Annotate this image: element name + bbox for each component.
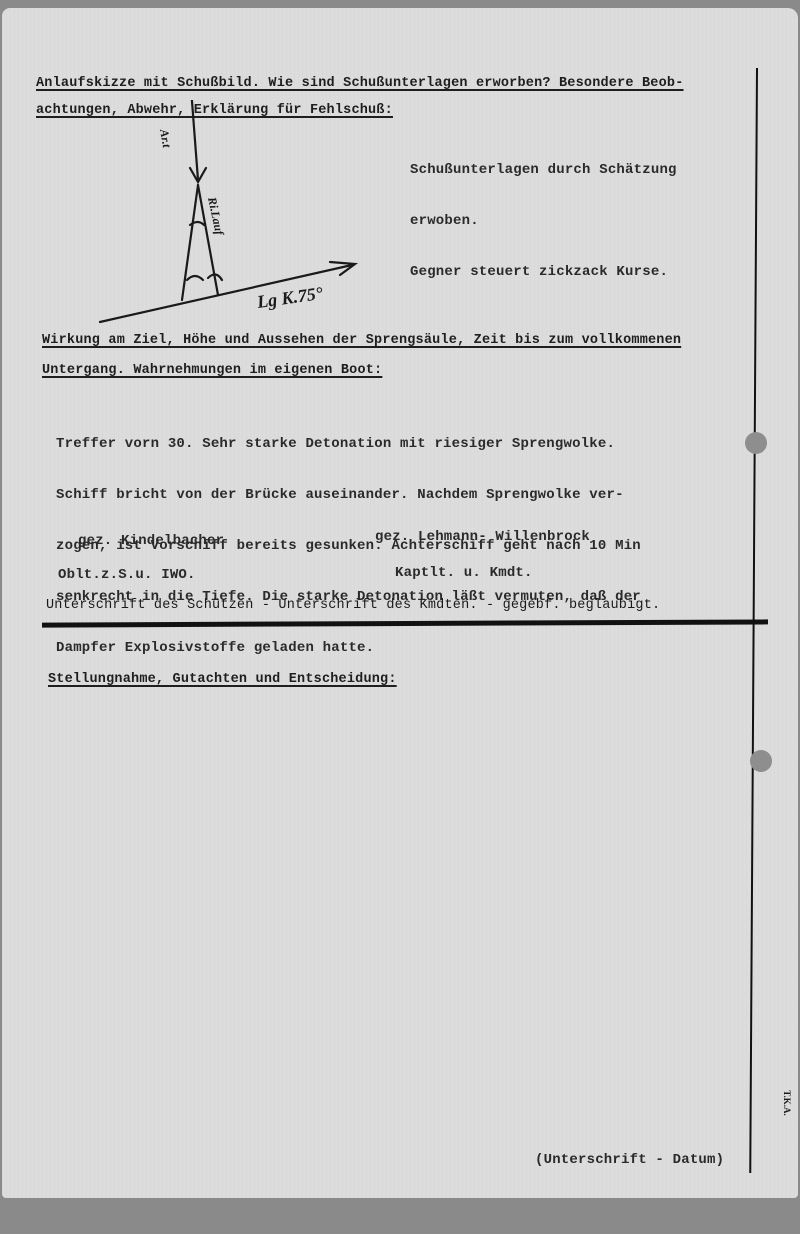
sketch-note: erwoben. — [410, 213, 677, 230]
effect-line: Dampfer Explosivstoffe geladen hatte. — [56, 640, 641, 657]
effect-heading-line2: Untergang. Wahrnehmungen im eigenen Boot… — [42, 363, 382, 378]
svg-text:Ar.t: Ar.t — [157, 127, 174, 149]
punch-hole — [745, 432, 767, 454]
assessment-heading: Stellungnahme, Gutachten und Entscheidun… — [48, 672, 397, 687]
attack-sketch: Lg K.75° Ar.t Ri.Lauf — [90, 100, 370, 330]
sketch-heading-line1: Anlaufskizze mit Schußbild. Wie sind Sch… — [36, 76, 684, 91]
signature-left-rank: Oblt.z.S.u. IWO. — [58, 567, 196, 584]
punch-hole — [750, 750, 772, 772]
svg-text:Lg K.75°: Lg K.75° — [255, 283, 325, 312]
signature-left-name: gez. Kindelbacher — [78, 533, 224, 550]
sketch-note: Gegner steuert zickzack Kurse. — [410, 264, 677, 281]
svg-text:Ri.Lauf: Ri.Lauf — [205, 195, 227, 237]
sketch-note: Schußunterlagen durch Schätzung — [410, 162, 677, 179]
effect-line: Treffer vorn 30. Sehr starke Detonation … — [56, 436, 641, 453]
signature-right-rank: Kaptlt. u. Kmdt. — [395, 565, 533, 582]
assessment-footer: (Unterschrift - Datum) — [535, 1152, 724, 1169]
effect-line: Schiff bricht von der Brücke auseinander… — [56, 487, 641, 504]
signature-caption: Unterschrift des Schützen - Unterschrift… — [46, 598, 660, 613]
sketch-notes: Schußunterlagen durch Schätzung erwoben.… — [410, 128, 677, 298]
signature-right-name: gez. Lehmann- Willenbrock — [375, 529, 590, 546]
effect-heading-line1: Wirkung am Ziel, Höhe und Aussehen der S… — [42, 333, 681, 348]
margin-stamp: T.K.A. — [782, 1090, 792, 1116]
